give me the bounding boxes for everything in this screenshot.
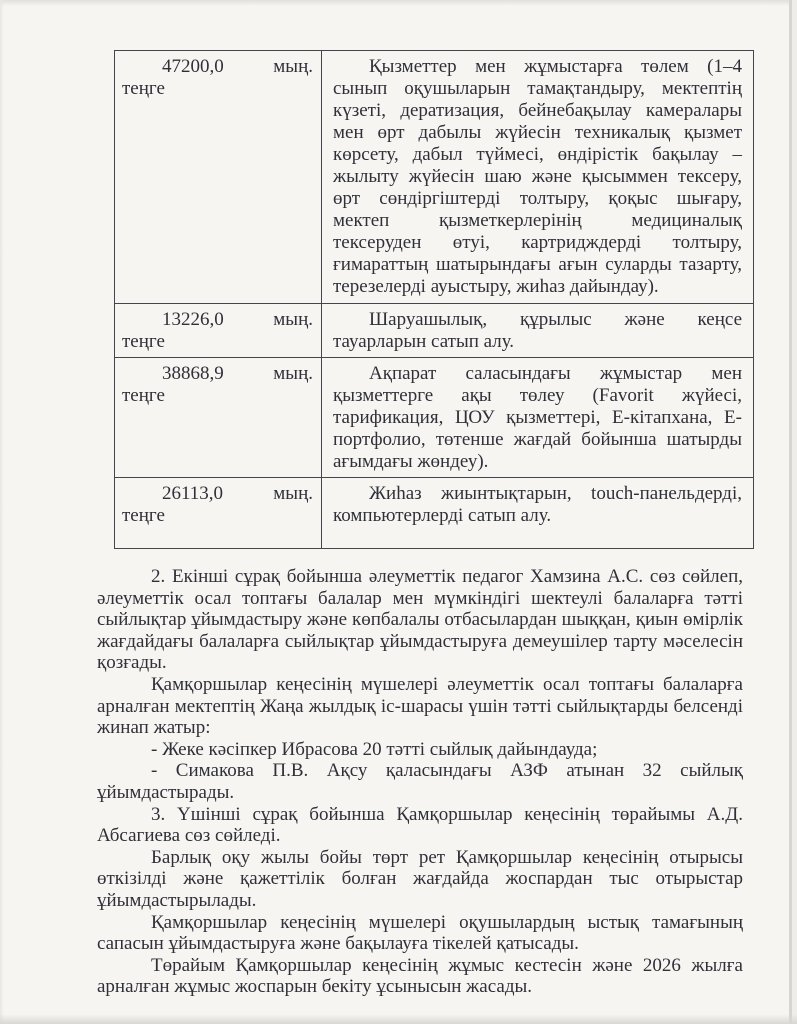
amount-value: 38868,9 [162,363,224,385]
page-edge-bottom [0,1014,797,1024]
amount-unit: мың. [273,363,313,385]
table-row: 38868,9 мың. теңге Ақпарат саласындағы ж… [115,358,754,478]
page-edge-top [0,0,797,6]
description-text: Жиһаз жиынтықтарын, touch-панельдерді, к… [333,483,742,527]
amount-value: 13226,0 [162,309,224,331]
amount-cell: 47200,0 мың. теңге [115,51,322,304]
description-cell: Ақпарат саласындағы жұмыстар мен қызметт… [322,358,754,478]
amount-currency: теңге [122,78,313,100]
paragraph-meals: Қамқоршылар кеңесінің мүшелері оқушылард… [97,912,743,955]
amount-value: 47200,0 [162,56,224,78]
amount-cell: 13226,0 мың. теңге [115,304,322,358]
page-edge-right [792,0,797,1024]
description-cell: Қызметтер мен жұмыстарға төлем (1–4 сыны… [322,51,754,304]
description-text: Шаруашылық, құрылыс және кеңсе тауарлары… [333,309,742,353]
paragraph-schedule: Төрайым Қамқоршылар кеңесінің жұмыс кест… [97,955,743,998]
description-text: Ақпарат саласындағы жұмыстар мен қызметт… [333,363,742,473]
table-row: 47200,0 мың. теңге Қызметтер мен жұмыста… [115,51,754,304]
list-item-simakova: - Симакова П.В. Ақсу қаласындағы АЗФ аты… [97,760,743,803]
amount-unit: мың. [273,56,313,78]
body-text: 2. Екінші сұрақ бойынша әлеуметтік педаг… [97,566,743,998]
expenses-table: 47200,0 мың. теңге Қызметтер мен жұмыста… [114,50,754,549]
page-edge-shadow [789,0,792,1024]
amount-currency: теңге [122,331,313,353]
document-page: 47200,0 мың. теңге Қызметтер мен жұмыста… [0,0,797,1024]
amount-unit: мың. [273,309,313,331]
description-text: Қызметтер мен жұмыстарға төлем (1–4 сыны… [333,56,742,298]
paragraph-question-3: 3. Үшінші сұрақ бойынша Қамқоршылар кеңе… [97,804,743,847]
amount-value: 26113,0 [162,483,223,505]
table-row: 26113,0 мың. теңге Жиһаз жиынтықтарын, t… [115,478,754,549]
paragraph-question-2: 2. Екінші сұрақ бойынша әлеуметтік педаг… [97,566,743,674]
amount-currency: теңге [122,505,313,527]
amount-currency: теңге [122,385,313,407]
amount-cell: 38868,9 мың. теңге [115,358,322,478]
paragraph-gifts-intro: Қамқоршылар кеңесінің мүшелері әлеуметті… [97,674,743,739]
table-row: 13226,0 мың. теңге Шаруашылық, құрылыс ж… [115,304,754,358]
amount-unit: мың. [273,483,313,505]
description-cell: Жиһаз жиынтықтарын, touch-панельдерді, к… [322,478,754,549]
description-cell: Шаруашылық, құрылыс және кеңсе тауарлары… [322,304,754,358]
amount-cell: 26113,0 мың. теңге [115,478,322,549]
paragraph-meetings: Барлық оқу жылы бойы төрт рет Қамқоршыла… [97,847,743,912]
page-edge-left [0,0,4,1024]
list-item-ibrasova: - Жеке кәсіпкер Ибрасова 20 тәтті сыйлық… [97,739,743,761]
